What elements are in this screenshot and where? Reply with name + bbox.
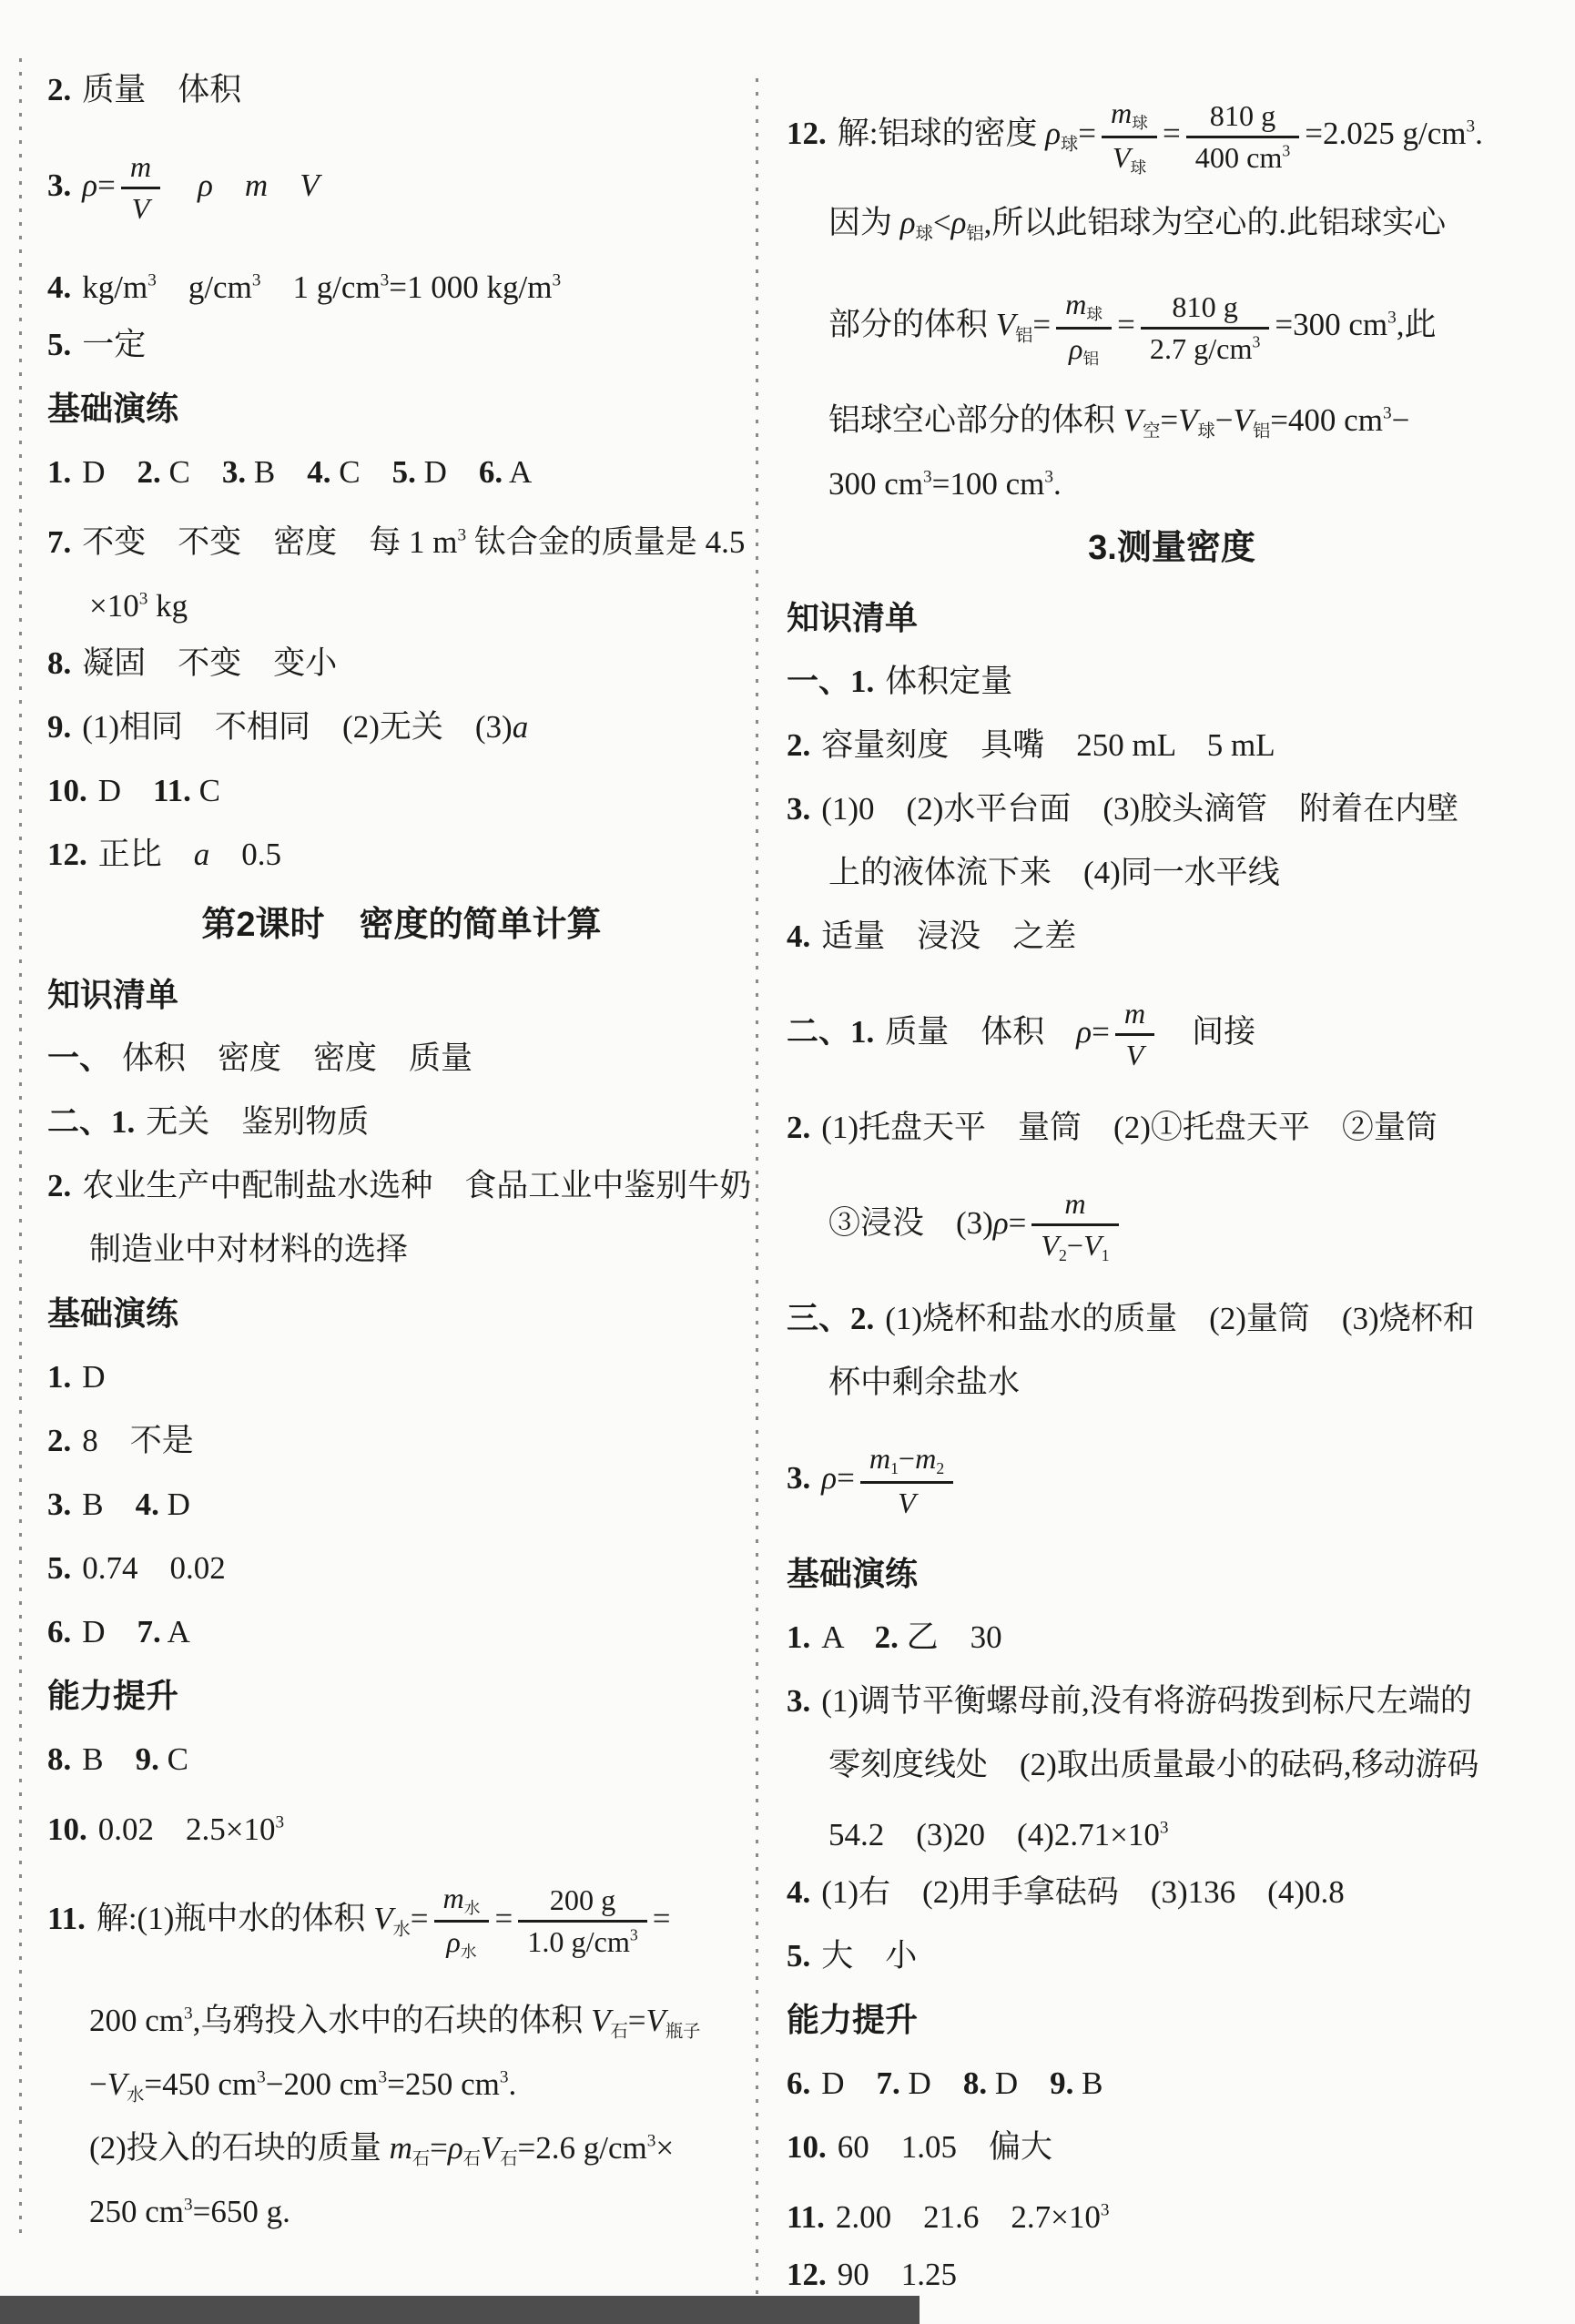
text-run: (2)投入的石块的质量 — [89, 2130, 390, 2166]
answer-line: 6.D 7. A — [47, 1600, 756, 1664]
text-run: 质量 体积 — [885, 1014, 1076, 1050]
answer-line: 5.0.74 0.02 — [47, 1537, 756, 1600]
text-run: =100 cm — [932, 466, 1045, 502]
line-content: 零刻度线处 (2)取出质量最小的砝码,移动游码 — [828, 1747, 1479, 1782]
text-run: 球 — [1061, 136, 1078, 155]
text-run: 810 g — [1210, 99, 1275, 132]
text-run: ρ — [198, 167, 213, 203]
text-run: 3 — [1253, 333, 1261, 351]
item-number: 5. — [47, 327, 82, 362]
line-content: D 2. C 3. B 4. C 5. D 6. A — [82, 454, 532, 490]
item-number: 7. — [47, 524, 82, 560]
answer-line: 5.一定 — [47, 313, 756, 377]
text-run — [213, 167, 245, 203]
text-run: ρ — [1076, 1014, 1092, 1050]
text-run: 2 — [1059, 1246, 1067, 1264]
text-run: 一定 — [82, 327, 146, 362]
text-run: 1 — [1102, 1246, 1110, 1264]
fraction-numerator: m水 — [434, 1882, 490, 1921]
text-run: 3 — [252, 271, 261, 290]
text-run: 不变 不变 密度 每 1 m — [82, 524, 457, 560]
fraction: 810 g400 cm3 — [1186, 99, 1300, 175]
text-run: V — [996, 307, 1015, 342]
text-run: A — [161, 1614, 190, 1649]
line-content: ×103 kg — [89, 588, 188, 624]
text-run: g/cm — [157, 269, 252, 305]
line-content: 0.74 0.02 — [82, 1550, 226, 1586]
text-run: 部分的体积 — [828, 307, 996, 342]
item-number: 4. — [787, 918, 821, 954]
fraction-denominator: 2.7 g/cm3 — [1141, 327, 1270, 366]
answer-line: 54.2 (3)20 (4)2.71×103 — [787, 1797, 1557, 1861]
text-run: m — [390, 2130, 412, 2166]
line-content: 不变 不变 密度 每 1 m3 钛合金的质量是 4.5 — [82, 524, 745, 560]
chapter-title: 3.测量密度 — [787, 510, 1557, 586]
inline-item-number: 7. — [877, 2065, 900, 2101]
line-content: 容量刻度 具嘴 250 mL 5 mL — [821, 727, 1275, 763]
inline-item-number: 2. — [875, 1619, 899, 1655]
text-run: 制造业中对材料的选择 — [89, 1232, 408, 1267]
text-run: D — [82, 1614, 137, 1649]
text-run: 球 — [1198, 422, 1215, 441]
line-content: (1)相同 不相同 (2)无关 (3)a — [82, 709, 528, 745]
answer-line: 300 cm3=100 cm3. — [787, 446, 1557, 510]
line-content: ρ=m1−m2V — [821, 1460, 959, 1496]
inline-item-number: 3. — [222, 454, 246, 490]
answer-line: 3.B 4. D — [47, 1473, 756, 1537]
answer-line: 200 cm3,乌鸦投入水中的石块的体积 V石=V瓶子 — [47, 1983, 756, 2046]
answer-line: 三、2.(1)烧杯和盐水的质量 (2)量筒 (3)烧杯和 — [787, 1287, 1557, 1351]
answer-line: 制造业中对材料的选择 — [47, 1218, 756, 1282]
text-run: 3 — [139, 590, 148, 609]
text-run: 质量 体积 — [82, 72, 241, 107]
item-number: 2. — [47, 72, 82, 107]
text-run: 3 — [630, 1926, 638, 1944]
text-run: 300 cm — [828, 466, 923, 502]
text-run: 1 — [890, 1459, 899, 1477]
line-content: (1)托盘天平 量筒 (2)①托盘天平 ②量筒 — [821, 1110, 1438, 1145]
answer-line: 8.凝固 不变 变小 — [47, 632, 756, 695]
text-run: 3 — [257, 2068, 266, 2087]
text-run: − — [1067, 1229, 1083, 1262]
item-number: 3. — [47, 167, 82, 203]
text-run: 适量 浸没 之差 — [821, 918, 1076, 954]
text-run — [268, 167, 300, 203]
item-number: 5. — [47, 1550, 82, 1586]
line-content: 质量 体积 — [82, 72, 241, 107]
text-run: ,乌鸦投入水中的石块的体积 — [193, 2003, 592, 2038]
line-content: 60 1.05 偏大 — [838, 2129, 1052, 2165]
text-run: 3 — [923, 468, 932, 487]
text-run: 无关 鉴别物质 — [146, 1104, 369, 1140]
text-run: = — [1092, 1014, 1110, 1050]
line-content: 0.02 2.5×103 — [98, 1812, 284, 1847]
chapter-title: 第2课时 密度的简单计算 — [47, 887, 756, 963]
answer-line: 12.正比 a 0.5 — [47, 823, 756, 887]
text-run: 3 — [1282, 142, 1290, 160]
answer-line: −V水=450 cm3−200 cm3=250 cm3. — [47, 2046, 756, 2110]
text-run: − — [1392, 402, 1410, 438]
text-run: 石 — [463, 2150, 481, 2169]
answer-line: 上的液体流下来 (4)同一水平线 — [787, 841, 1557, 905]
text-run: 球 — [1131, 158, 1147, 177]
answer-line: 2.农业生产中配制盐水选种 食品工业中鉴别牛奶 — [47, 1154, 756, 1218]
text-run: ρ — [993, 1205, 1009, 1241]
line-content: 部分的体积 V铝=m球ρ铝=810 g2.7 g/cm3=300 cm3,此 — [828, 307, 1437, 342]
line-content: D 7. A — [82, 1614, 190, 1649]
fraction: m水ρ水 — [434, 1882, 490, 1962]
text-run: 大 小 — [821, 1938, 917, 1974]
text-run: V — [1234, 402, 1253, 438]
fraction-numerator: m — [1031, 1187, 1118, 1223]
line-content: −V水=450 cm3−200 cm3=250 cm3. — [89, 2066, 516, 2102]
fraction-numerator: 810 g — [1186, 99, 1300, 136]
text-run: 解:(1)瓶中水的体积 — [97, 1901, 373, 1936]
text-run: V — [1123, 402, 1143, 438]
text-run: 3 — [379, 2068, 388, 2087]
item-number: 1. — [787, 1619, 821, 1655]
line-content: 一定 — [82, 327, 146, 362]
fraction-numerator: m — [121, 150, 160, 187]
text-run: 2 — [936, 1459, 944, 1477]
inline-item-number: 11. — [153, 773, 191, 808]
item-number: 10. — [47, 1812, 98, 1847]
inline-item-number: 8. — [963, 2065, 987, 2101]
line-content: B 9. C — [82, 1741, 188, 1777]
answer-line: 二、1.无关 鉴别物质 — [47, 1091, 756, 1154]
text-run: ,所以此铝球为空心的.此铝球实心 — [984, 205, 1447, 240]
answer-line: 2.(1)托盘天平 量筒 (2)①托盘天平 ②量筒 — [787, 1096, 1557, 1160]
text-run: = — [494, 1901, 513, 1936]
text-run: 400 cm — [1195, 141, 1283, 174]
fraction-denominator: 1.0 g/cm3 — [518, 1920, 647, 1959]
item-number: 3. — [787, 791, 821, 827]
text-run: =300 cm — [1275, 307, 1387, 342]
fraction-numerator: m — [1115, 997, 1154, 1033]
text-run: m — [1065, 288, 1086, 320]
answer-line: 4.kg/m3 g/cm3 1 g/cm3=1 000 kg/m3 — [47, 249, 756, 313]
inline-item-number: 6. — [479, 454, 503, 490]
fraction-numerator: 200 g — [518, 1883, 647, 1920]
item-number: 12. — [787, 116, 838, 151]
text-run: V — [300, 167, 319, 203]
fraction-denominator: V — [860, 1481, 953, 1520]
scanned-answer-page: 2.质量 体积3.ρ=mV ρ m V4.kg/m3 g/cm3 1 g/cm3… — [0, 0, 1575, 2324]
item-number: 2. — [47, 1168, 82, 1203]
text-run: 2.7 g/cm — [1150, 332, 1253, 365]
text-run: = — [1009, 1205, 1027, 1241]
text-run: V — [1113, 141, 1131, 174]
section-heading: 基础演练 — [47, 1282, 756, 1345]
inline-item-number: 9. — [136, 1741, 159, 1777]
text-run: 容量刻度 具嘴 250 mL 5 mL — [821, 727, 1275, 763]
text-run: C — [331, 454, 392, 490]
text-run: 体积 密度 密度 质量 — [122, 1040, 472, 1076]
answer-line: 12.解:铝球的密度 ρ球=m球V球=810 g400 cm3=2.025 g/… — [787, 64, 1557, 191]
line-content: 2.00 21.6 2.7×103 — [836, 2199, 1110, 2235]
text-run: 铝 — [1253, 422, 1270, 441]
line-content: 54.2 (3)20 (4)2.71×103 — [828, 1817, 1169, 1852]
item-number: 6. — [47, 1614, 82, 1649]
fraction: 810 g2.7 g/cm3 — [1141, 290, 1270, 366]
item-number: 4. — [47, 269, 82, 305]
line-content: 解:(1)瓶中水的体积 V水=m水ρ水=200 g1.0 g/cm3= — [97, 1901, 671, 1936]
answer-line: (2)投入的石块的质量 m石=ρ石V石=2.6 g/cm3× — [47, 2110, 756, 2174]
text-run: ρ — [951, 205, 967, 240]
text-run: (1)0 (2)水平台面 (3)胶头滴管 附着在内壁 — [821, 791, 1458, 827]
text-run: (1)右 (2)用手拿砝码 (3)136 (4)0.8 — [821, 1874, 1345, 1910]
text-run: ρ — [82, 167, 97, 203]
text-run: D — [82, 454, 137, 490]
answer-line: 2.质量 体积 — [47, 58, 756, 122]
text-run: 3 — [500, 2068, 509, 2087]
text-run: = — [1117, 307, 1135, 342]
text-run: (1)托盘天平 量筒 (2)①托盘天平 ②量筒 — [821, 1110, 1438, 1145]
text-run: 810 g — [1172, 290, 1237, 323]
text-run: < — [933, 205, 951, 240]
fraction-denominator: V球 — [1102, 136, 1157, 178]
inline-item-number: 5. — [392, 454, 416, 490]
text-run: 水 — [393, 1921, 411, 1940]
item-number: 12. — [47, 837, 98, 872]
answer-line: 8.B 9. C — [47, 1728, 756, 1791]
line-content: 大 小 — [821, 1938, 917, 1974]
text-run: . — [1475, 116, 1483, 151]
line-content: 解:铝球的密度 ρ球=m球V球=810 g400 cm3=2.025 g/cm3… — [838, 116, 1483, 151]
text-run: m — [245, 167, 268, 203]
answer-line: 一、体积 密度 密度 质量 — [47, 1027, 756, 1091]
text-run: V — [107, 2066, 127, 2102]
text-run: =450 cm — [144, 2066, 257, 2102]
text-run: 8 不是 — [82, 1423, 194, 1458]
text-run: C — [191, 773, 220, 808]
text-run: = — [1163, 116, 1181, 151]
item-number: 3. — [47, 1487, 82, 1522]
item-number: 2. — [787, 1110, 821, 1145]
text-run: D — [159, 1487, 190, 1522]
text-run: 3 — [184, 2196, 193, 2215]
answer-line: 9.(1)相同 不相同 (2)无关 (3)a — [47, 695, 756, 759]
text-run: 0.74 0.02 — [82, 1550, 226, 1586]
line-content: (1)烧杯和盐水的质量 (2)量筒 (3)烧杯和 — [885, 1301, 1474, 1336]
text-run: 零刻度线处 (2)取出质量最小的砝码,移动游码 — [828, 1747, 1479, 1782]
answer-line: 一、1.体积定量 — [787, 650, 1557, 714]
text-run: m — [443, 1882, 464, 1914]
text-run: m — [869, 1442, 890, 1475]
text-run: = — [1078, 116, 1096, 151]
line-content: A 2. 乙 30 — [821, 1619, 1001, 1655]
text-run: 瓶子 — [666, 2023, 701, 2042]
line-content: D 7. D 8. D 9. B — [821, 2065, 1102, 2101]
text-run: 铝 — [966, 225, 983, 244]
text-run: 球 — [916, 225, 933, 244]
text-run: V — [1126, 1039, 1144, 1071]
answer-line: 1.D 2. C 3. B 4. C 5. D 6. A — [47, 441, 756, 504]
text-run: 1 g/cm — [260, 269, 380, 305]
item-number: 12. — [787, 2257, 838, 2292]
fraction-denominator: ρ水 — [434, 1920, 490, 1962]
answer-line: 6.D 7. D 8. D 9. B — [787, 2052, 1557, 2116]
answer-line: 3.ρ=mV ρ m V — [47, 122, 756, 249]
section-heading: 基础演练 — [787, 1542, 1557, 1606]
line-content: 质量 体积 ρ=mV 间接 — [885, 1014, 1255, 1050]
fraction: m球V球 — [1102, 96, 1157, 177]
fraction-denominator: V — [121, 187, 160, 226]
text-run: 3 — [276, 1813, 285, 1832]
item-number: 11. — [47, 1901, 97, 1936]
fraction: m1−m2V — [860, 1442, 953, 1520]
text-run: 空 — [1143, 422, 1160, 441]
text-run: A — [503, 454, 532, 490]
text-run: =650 g. — [193, 2194, 290, 2229]
text-run: B — [82, 1741, 135, 1777]
text-run: 钛合金的质量是 4.5 — [466, 524, 745, 560]
text-run: =2.6 g/cm — [518, 2130, 647, 2166]
answer-line: 11.解:(1)瓶中水的体积 V水=m水ρ水=200 g1.0 g/cm3= — [47, 1855, 756, 1983]
text-run: V — [591, 2003, 610, 2038]
item-number: 10. — [787, 2129, 838, 2165]
fraction-numerator: 810 g — [1141, 290, 1270, 327]
text-run: 250 cm — [89, 2194, 184, 2229]
line-content: 凝固 不变 变小 — [82, 645, 337, 681]
text-run: = — [653, 1901, 671, 1936]
item-number: 二、1. — [47, 1104, 146, 1140]
text-run: 3 — [1044, 468, 1053, 487]
inline-item-number: 7. — [137, 1614, 161, 1649]
text-run: 铝球空心部分的体积 — [828, 402, 1123, 438]
answer-line: 11.2.00 21.6 2.7×103 — [787, 2179, 1557, 2243]
text-run: 正比 — [98, 837, 194, 872]
text-run: = — [411, 1901, 429, 1936]
text-run: V — [898, 1487, 916, 1519]
text-run: − — [89, 2066, 107, 2102]
text-run: V — [373, 1901, 392, 1936]
answer-line: 1.D — [47, 1345, 756, 1409]
answer-line: 10.D 11. C — [47, 759, 756, 823]
text-run: 球 — [1086, 306, 1102, 324]
item-number: 5. — [787, 1938, 821, 1974]
answer-line: 1.A 2. 乙 30 — [787, 1606, 1557, 1669]
fraction: mV — [1115, 997, 1154, 1072]
text-run: 凝固 不变 变小 — [82, 645, 337, 681]
text-run: m — [1111, 96, 1132, 129]
text-run: . — [509, 2066, 517, 2102]
fraction-denominator: V2−V1 — [1031, 1223, 1118, 1265]
text-run: 解:铝球的密度 — [838, 116, 1045, 151]
text-run: ρ — [900, 205, 916, 240]
section-heading: 基础演练 — [47, 377, 756, 441]
text-run: × — [655, 2130, 674, 2166]
answer-line: 3.(1)0 (2)水平台面 (3)胶头滴管 附着在内壁 — [787, 777, 1557, 841]
text-run: 3 — [647, 2132, 656, 2151]
line-content: ρ=mV ρ m V — [82, 167, 319, 203]
line-content: (2)投入的石块的质量 m石=ρ石V石=2.6 g/cm3× — [89, 2130, 674, 2166]
text-run: 2.00 21.6 2.7×10 — [836, 2199, 1101, 2235]
answer-line: 部分的体积 V铝=m球ρ铝=810 g2.7 g/cm3=300 cm3,此 — [787, 255, 1557, 382]
answer-line: 铝球空心部分的体积 V空=V球−V铝=400 cm3− — [787, 382, 1557, 446]
line-content: 正比 a 0.5 — [98, 837, 281, 872]
text-run: ③浸没 (3) — [828, 1205, 993, 1241]
text-run: V — [1178, 402, 1197, 438]
text-run: =1 000 kg/m — [389, 269, 552, 305]
text-run: = — [97, 167, 116, 203]
item-number: 一、 — [47, 1040, 122, 1076]
line-content: 制造业中对材料的选择 — [89, 1232, 408, 1267]
item-number: 一、1. — [787, 664, 885, 699]
answer-line: 250 cm3=650 g. — [47, 2174, 756, 2238]
text-run: D — [98, 773, 153, 808]
line-content: 适量 浸没 之差 — [821, 918, 1076, 954]
line-content: 体积定量 — [885, 664, 1012, 699]
text-run: = — [1032, 307, 1051, 342]
answer-line: ×103 kg — [47, 568, 756, 632]
item-number: 3. — [787, 1683, 821, 1719]
line-content: D 11. C — [98, 773, 220, 808]
inline-item-number: 4. — [136, 1487, 159, 1522]
text-run: 农业生产中配制盐水选种 食品工业中鉴别牛奶 — [82, 1168, 751, 1203]
line-content: 上的液体流下来 (4)同一水平线 — [828, 855, 1280, 890]
fraction-denominator: ρ铝 — [1056, 327, 1112, 369]
answer-line: 2.8 不是 — [47, 1409, 756, 1473]
line-content: kg/m3 g/cm3 1 g/cm3=1 000 kg/m3 — [82, 269, 561, 305]
text-run: 200 cm — [89, 2003, 184, 2038]
item-number: 3. — [787, 1460, 821, 1496]
text-run: kg — [147, 588, 188, 624]
right-column: 12.解:铝球的密度 ρ球=m球V球=810 g400 cm3=2.025 g/… — [787, 0, 1557, 2307]
answer-line: 零刻度线处 (2)取出质量最小的砝码,移动游码 — [787, 1733, 1557, 1797]
text-run: 3 — [552, 271, 561, 290]
text-run: 石 — [611, 2023, 628, 2042]
text-run: ρ — [1069, 332, 1082, 365]
line-content: 因为 ρ球<ρ铝,所以此铝球为空心的.此铝球实心 — [828, 205, 1446, 240]
text-run: 3 — [184, 2004, 193, 2024]
text-run: 石 — [500, 2150, 517, 2169]
text-run: 乙 30 — [899, 1619, 1002, 1655]
text-run: kg/m — [82, 269, 147, 305]
text-run: 水 — [127, 2086, 144, 2106]
text-run: =400 cm — [1270, 402, 1383, 438]
text-run: m — [1124, 997, 1145, 1030]
line-content: B 4. D — [82, 1487, 190, 1522]
line-content: (1)右 (2)用手拿砝码 (3)136 (4)0.8 — [821, 1874, 1345, 1910]
fraction-numerator: m球 — [1056, 288, 1112, 327]
line-content: 体积 密度 密度 质量 — [122, 1040, 472, 1076]
text-run: = — [1160, 402, 1178, 438]
text-run: = — [837, 1460, 855, 1496]
text-run: −200 cm — [266, 2066, 379, 2102]
page-left-dashed-border — [19, 58, 22, 2241]
text-run: V — [646, 2003, 666, 2038]
column-divider-dashed-line — [756, 78, 758, 2296]
text-run: − — [1215, 402, 1234, 438]
item-number: 2. — [787, 727, 821, 763]
text-run: V — [132, 192, 150, 225]
inline-item-number: 4. — [307, 454, 330, 490]
item-number: 2. — [47, 1423, 82, 1458]
text-run: 1.0 g/cm — [527, 1925, 630, 1958]
text-run: D — [900, 2065, 963, 2101]
text-run: D — [416, 454, 479, 490]
answer-line: 7.不变 不变 密度 每 1 m3 钛合金的质量是 4.5 — [47, 504, 756, 568]
text-run: =250 cm — [387, 2066, 500, 2102]
text-run: B — [1073, 2065, 1102, 2101]
text-run: 上的液体流下来 (4)同一水平线 — [828, 855, 1280, 890]
text-run: m — [130, 150, 151, 183]
text-run: C — [161, 454, 222, 490]
line-content: 200 cm3,乌鸦投入水中的石块的体积 V石=V瓶子 — [89, 2003, 700, 2038]
text-run: − — [899, 1442, 915, 1475]
item-number: 10. — [47, 773, 98, 808]
